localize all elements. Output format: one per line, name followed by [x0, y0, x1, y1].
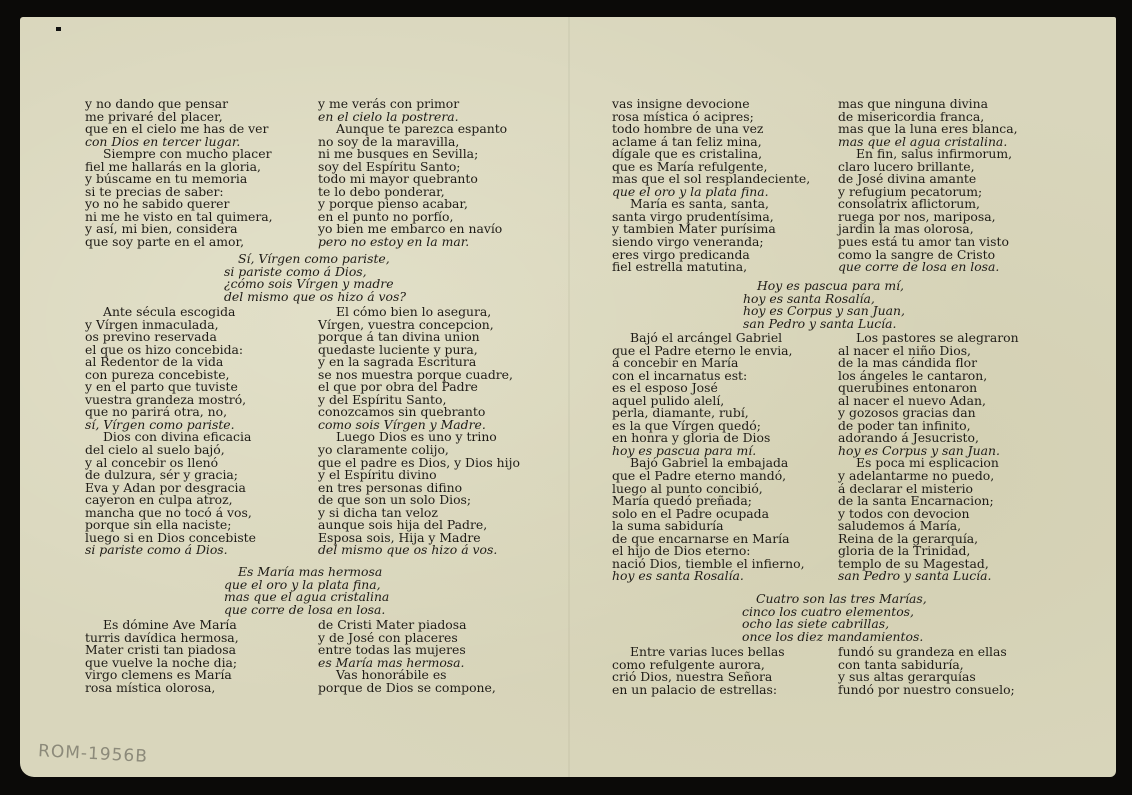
- left-col-b-1: y me verás con primoren el cielo la post…: [318, 98, 507, 249]
- left-col-b-3: de Cristi Mater piadosay de José con pla…: [318, 619, 496, 694]
- right-refrain-2: Cuatro son las tres Marías,cinco los cua…: [742, 593, 927, 643]
- verse-line: que corre de losa en losa.: [838, 261, 1018, 274]
- verse-line: del mismo que os hizo á vos.: [318, 544, 520, 557]
- left-refrain-2: Es María mas hermosaque el oro y la plat…: [224, 566, 389, 616]
- left-refrain-1: Sí, Vírgen como pariste,si pariste como …: [224, 253, 406, 303]
- right-col-a-2: Bajó el arcángel Gabrielque el Padre ete…: [612, 332, 805, 583]
- verse-line: del mismo que os hizo á vos?: [224, 291, 406, 304]
- center-fold: [568, 17, 570, 777]
- verse-line: rosa mística olorosa,: [85, 682, 239, 695]
- verse-line: san Pedro y santa Lucía.: [838, 570, 1019, 583]
- verse-line: que corre de losa en losa.: [224, 604, 389, 617]
- right-col-b-2: Los pastores se alegraronal nacer el niñ…: [838, 332, 1019, 583]
- verse-line: once los diez mandamientos.: [742, 631, 927, 644]
- left-col-b-2: El cómo bien lo asegura,Vírgen, vuestra …: [318, 306, 520, 557]
- left-col-a-1: y no dando que pensarme privaré del plac…: [85, 98, 273, 249]
- verse-line: si pariste como á Dios.: [85, 544, 256, 557]
- verse-line: en un palacio de estrellas:: [612, 684, 785, 697]
- left-col-a-2: Ante sécula escogiday Vírgen inmaculada,…: [85, 306, 256, 557]
- verse-line: porque de Dios se compone,: [318, 682, 496, 695]
- verse-line: hoy es santa Rosalía.: [612, 570, 805, 583]
- verse-line: que soy parte en el amor,: [85, 236, 273, 249]
- right-col-a-1: vas insigne devocionerosa mística ó acip…: [612, 98, 810, 274]
- verse-line: fiel estrella matutina,: [612, 261, 810, 274]
- right-col-b-3: fundó su grandeza en ellascon tanta sabi…: [838, 646, 1015, 696]
- ink-speck: [56, 27, 61, 31]
- verse-line: pero no estoy en la mar.: [318, 236, 507, 249]
- verse-line: san Pedro y santa Lucía.: [743, 318, 905, 331]
- right-refrain-1: Hoy es pascua para mí,hoy es santa Rosal…: [743, 280, 905, 330]
- right-col-b-1: mas que ninguna divinade misericordia fr…: [838, 98, 1018, 274]
- right-col-a-3: Entre varias luces bellascomo refulgente…: [612, 646, 785, 696]
- verse-line: fundó por nuestro consuelo;: [838, 684, 1015, 697]
- left-col-a-3: Es dómine Ave Maríaturris davídica hermo…: [85, 619, 239, 694]
